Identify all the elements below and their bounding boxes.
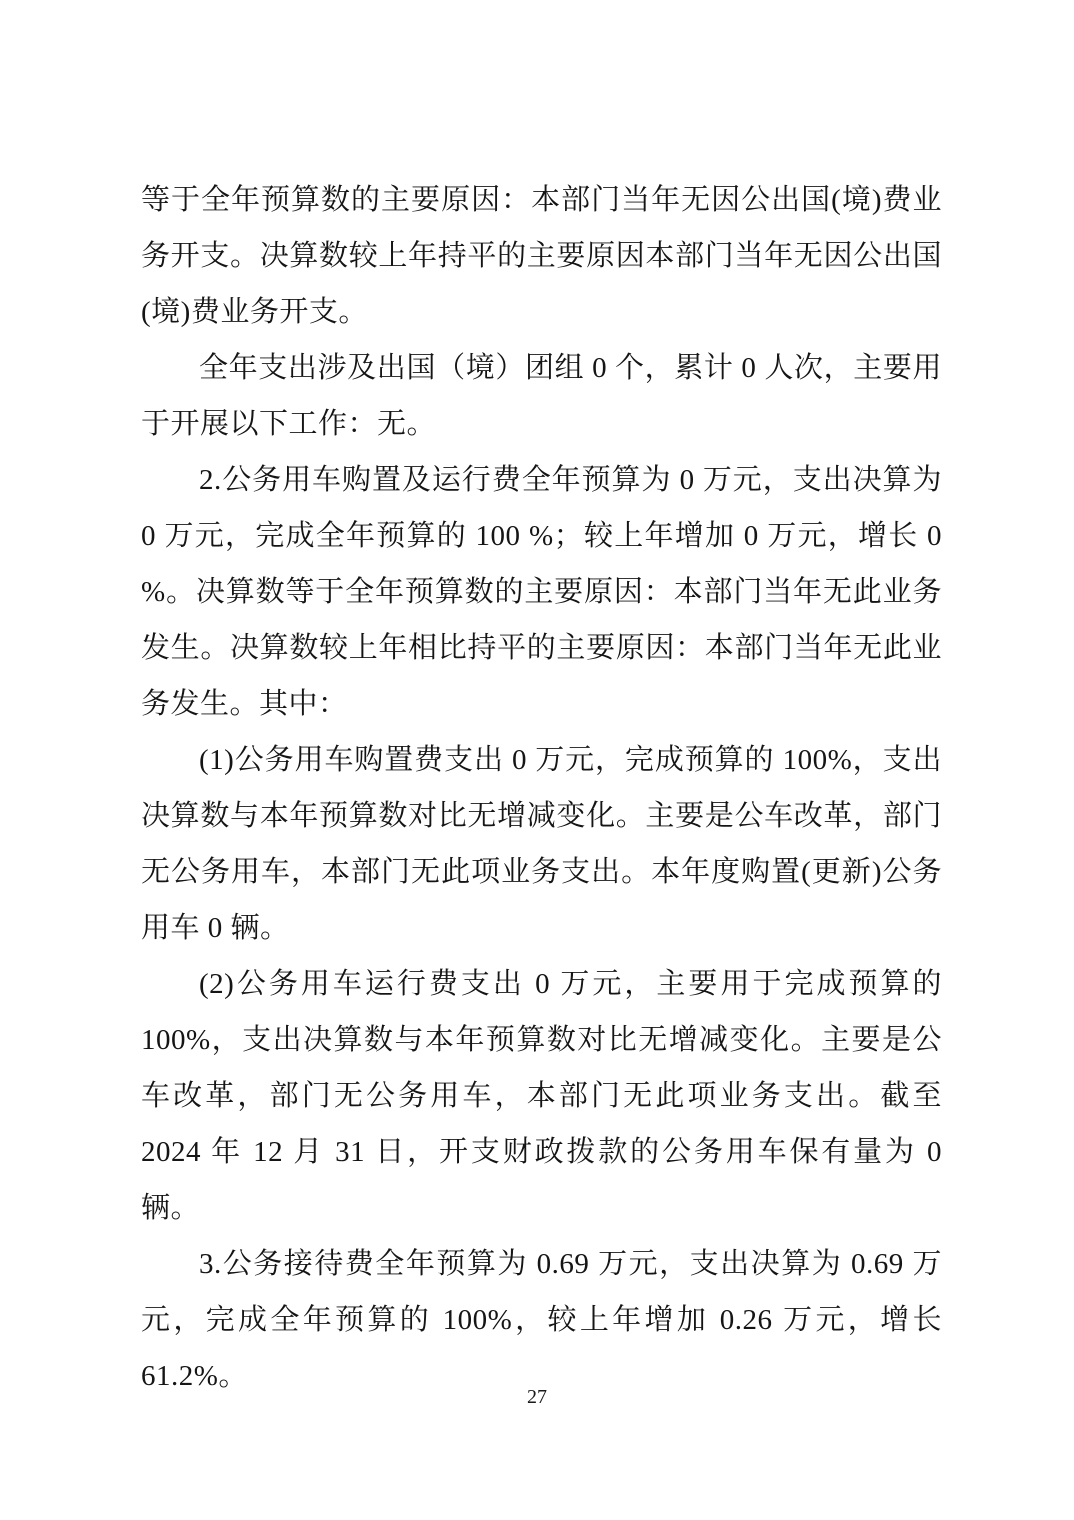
paragraph: 3.公务接待费全年预算为 0.69 万元，支出决算为 0.69 万元，完成全年预… xyxy=(141,1236,942,1404)
paragraph: 等于全年预算数的主要原因：本部门当年无因公出国(境)费业务开支。决算数较上年持平… xyxy=(141,172,942,340)
document-page: 等于全年预算数的主要原因：本部门当年无因公出国(境)费业务开支。决算数较上年持平… xyxy=(0,0,1074,1520)
paragraph: (2)公务用车运行费支出 0 万元，主要用于完成预算的 100%，支出决算数与本… xyxy=(141,956,942,1236)
paragraph: (1)公务用车购置费支出 0 万元，完成预算的 100%，支出决算数与本年预算数… xyxy=(141,732,942,956)
paragraph: 2.公务用车购置及运行费全年预算为 0 万元，支出决算为 0 万元，完成全年预算… xyxy=(141,452,942,732)
document-body: 等于全年预算数的主要原因：本部门当年无因公出国(境)费业务开支。决算数较上年持平… xyxy=(141,172,942,1404)
paragraph: 全年支出涉及出国（境）团组 0 个，累计 0 人次，主要用于开展以下工作：无。 xyxy=(141,340,942,452)
page-number: 27 xyxy=(0,1386,1074,1409)
